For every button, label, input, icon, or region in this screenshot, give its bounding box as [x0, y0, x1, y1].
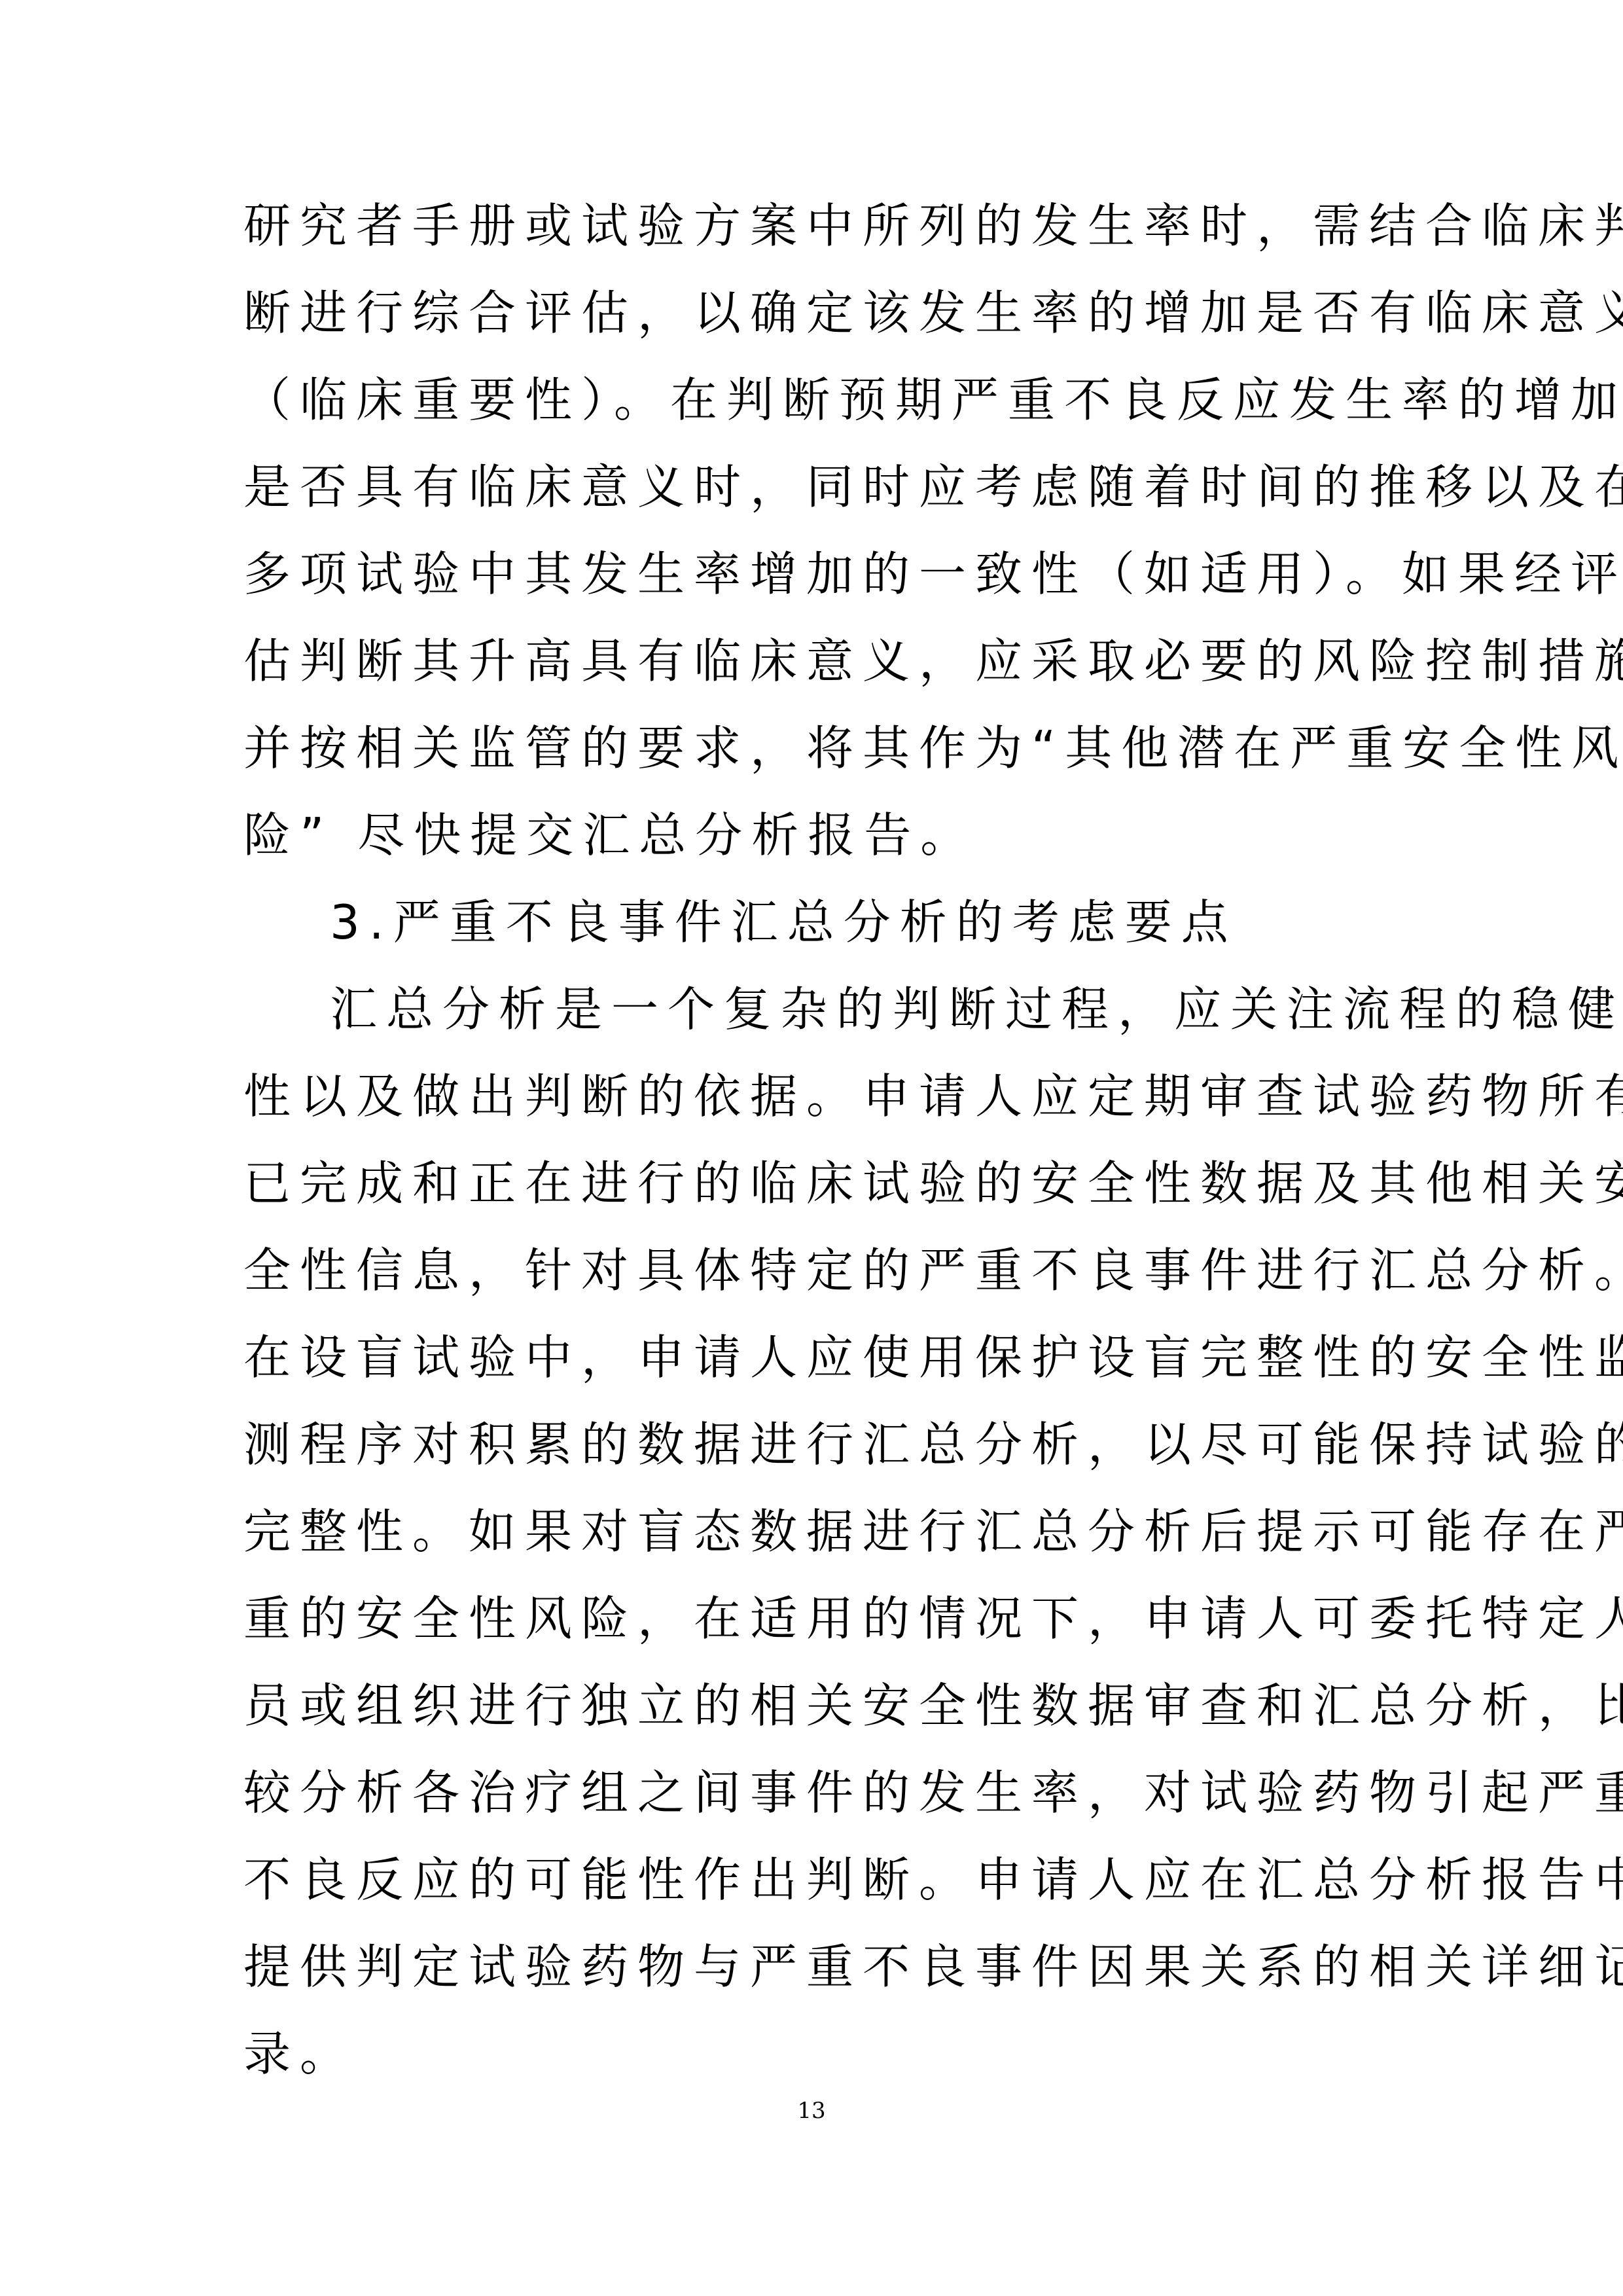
- body-text-line: 是否具有临床意义时，同时应考虑随着时间的推移以及在: [243, 457, 1382, 516]
- body-text-line: 估判断其升高具有临床意义，应采取必要的风险控制措施，: [243, 632, 1382, 691]
- body-text-line: 并按相关监管的要求，将其作为“其他潜在严重安全性风: [243, 719, 1382, 778]
- body-text-line: 已完成和正在进行的临床试验的安全性数据及其他相关安: [243, 1154, 1382, 1213]
- body-text-line: 性以及做出判断的依据。申请人应定期审查试验药物所有: [243, 1067, 1382, 1126]
- body-text-line: 重的安全性风险，在适用的情况下，申请人可委托特定人: [243, 1589, 1382, 1648]
- body-text-line: 提供判定试验药物与严重不良事件因果关系的相关详细记: [243, 1937, 1382, 1996]
- body-text-line: 在设盲试验中，申请人应使用保护设盲完整性的安全性监: [243, 1328, 1382, 1387]
- body-text-line: 完整性。如果对盲态数据进行汇总分析后提示可能存在严: [243, 1502, 1382, 1561]
- page-number: 13: [0, 2098, 1623, 2124]
- body-text-line: 断进行综合评估，以确定该发生率的增加是否有临床意义: [243, 283, 1382, 342]
- body-text-line: 录。: [243, 2024, 1382, 2083]
- body-text-line: 较分析各治疗组之间事件的发生率，对试验药物引起严重: [243, 1763, 1382, 1822]
- paragraph-start-line: 汇总分析是一个复杂的判断过程，应关注流程的稳健: [330, 980, 1469, 1039]
- document-page: 研究者手册或试验方案中所列的发生率时，需结合临床判 断进行综合评估，以确定该发生…: [0, 0, 1623, 2296]
- section-heading: 3.严重不良事件汇总分析的考虑要点: [330, 893, 1469, 952]
- body-text-line: 全性信息，针对具体特定的严重不良事件进行汇总分析。: [243, 1241, 1382, 1300]
- body-text-line: 研究者手册或试验方案中所列的发生率时，需结合临床判: [243, 196, 1382, 255]
- body-text-line: （临床重要性）。在判断预期严重不良反应发生率的增加: [243, 370, 1382, 429]
- body-text-line: 测程序对积累的数据进行汇总分析，以尽可能保持试验的: [243, 1415, 1382, 1474]
- body-text-line: 不良反应的可能性作出判断。申请人应在汇总分析报告中: [243, 1850, 1382, 1909]
- body-text-line: 员或组织进行独立的相关安全性数据审查和汇总分析，比: [243, 1676, 1382, 1735]
- body-text-line: 多项试验中其发生率增加的一致性（如适用）。如果经评: [243, 545, 1382, 603]
- body-text-line: 险” 尽快提交汇总分析报告。: [243, 806, 1382, 865]
